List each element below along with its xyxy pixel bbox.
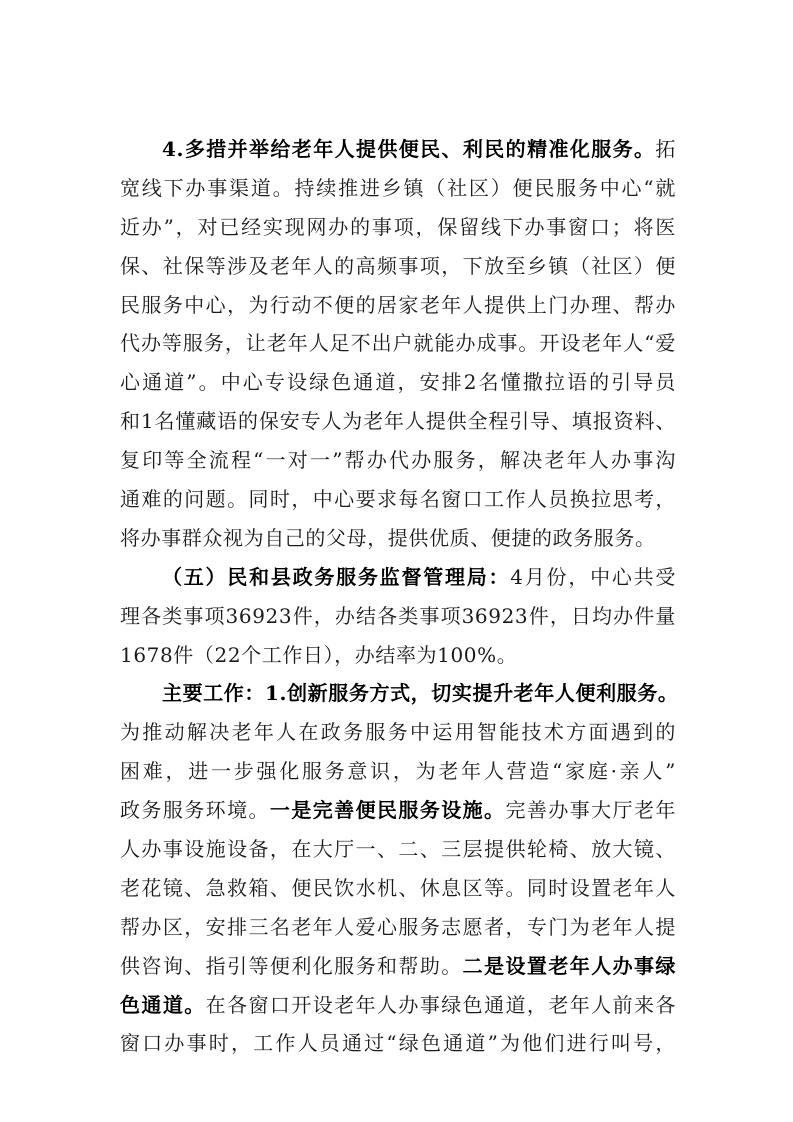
body-text-span: 在各窗口开设老年人办事绿色通道，老年人前来各 [206, 993, 676, 1017]
bold-heading-text: 色通道。 [120, 993, 206, 1017]
body-text-span: 理各类事项36923件，办结各类事项36923件，日均办件量 [120, 604, 676, 628]
text-line: 复印等全流程“一对一”帮办代办服务，解决老年人办事沟 [120, 441, 676, 480]
text-line: 窗口办事时，工作人员通过“绿色通道”为他们进行叫号， [120, 1024, 676, 1063]
text-line: 为推动解决老年人在政务服务中运用智能技术方面遇到的 [120, 713, 676, 752]
text-line: 宽线下办事渠道。持续推进乡镇（社区）便民服务中心“就 [120, 169, 676, 208]
bold-heading-text: 4.多措并举给老年人提供便民、利民的精准化服务。 [162, 137, 655, 161]
bold-heading-text: 一是完善便民服务设施。 [270, 798, 506, 822]
body-text-span: 保、社保等涉及老年人的高频事项，下放至乡镇（社区）便 [120, 254, 676, 278]
bold-heading-text: 二是设置老年人办事绿 [463, 954, 676, 978]
body-text-span: 供咨询、指引等便利化服务和帮助。 [120, 954, 463, 978]
body-text-span: 人办事设施设备，在大厅一、二、三层提供轮椅、放大镜、 [120, 837, 676, 861]
body-text-span: 窗口办事时，工作人员通过“绿色通道”为他们进行叫号， [120, 1031, 676, 1055]
text-line: 代办等服务，让老年人足不出户就能办成事。开设老年人“爱 [120, 324, 676, 363]
text-line: 帮办区，安排三名老年人爱心服务志愿者，专门为老年人提 [120, 908, 676, 947]
body-text-span: 通难的问题。同时，中心要求每名窗口工作人员换拉思考， [120, 487, 676, 511]
text-line: 老花镜、急救箱、便民饮水机、休息区等。同时设置老年人 [120, 869, 676, 908]
body-text-span: 民服务中心，为行动不便的居家老年人提供上门办理、帮办 [120, 293, 676, 317]
text-line: 通难的问题。同时，中心要求每名窗口工作人员换拉思考， [120, 480, 676, 519]
body-text-span: 4月份，中心共受 [510, 565, 676, 589]
bold-heading-text: 主要工作：1.创新服务方式，切实提升老年人便利服务。 [162, 681, 678, 705]
bold-heading-text: （五）民和县政务服务监督管理局： [162, 565, 510, 589]
text-line: 近办”，对已经实现网办的事项，保留线下办事窗口；将医 [120, 208, 676, 247]
text-line: 保、社保等涉及老年人的高频事项，下放至乡镇（社区）便 [120, 247, 676, 286]
text-line: 供咨询、指引等便利化服务和帮助。二是设置老年人办事绿 [120, 947, 676, 986]
body-text-span: 代办等服务，让老年人足不出户就能办成事。开设老年人“爱 [120, 331, 676, 355]
text-line: 政务服务环境。一是完善便民服务设施。完善办事大厅老年 [120, 791, 676, 830]
body-text-span: 复印等全流程“一对一”帮办代办服务，解决老年人办事沟 [120, 448, 676, 472]
body-text-span: 老花镜、急救箱、便民饮水机、休息区等。同时设置老年人 [120, 876, 676, 900]
text-line: 和1名懂藏语的保安专人为老年人提供全程引导、填报资料、 [120, 402, 676, 441]
body-text-span: 近办”，对已经实现网办的事项，保留线下办事窗口；将医 [120, 215, 676, 239]
body-text-span: 帮办区，安排三名老年人爱心服务志愿者，专门为老年人提 [120, 915, 676, 939]
text-line: 困难，进一步强化服务意识，为老年人营造“家庭·亲人” [120, 752, 676, 791]
body-text-span: 和1名懂藏语的保安专人为老年人提供全程引导、填报资料、 [120, 409, 676, 433]
document-page: 4.多措并举给老年人提供便民、利民的精准化服务。拓宽线下办事渠道。持续推进乡镇（… [0, 0, 793, 1122]
text-line: 1678件（22个工作日），办结率为100%。 [120, 636, 676, 675]
text-line: 民服务中心，为行动不便的居家老年人提供上门办理、帮办 [120, 286, 676, 325]
body-text-span: 宽线下办事渠道。持续推进乡镇（社区）便民服务中心“就 [120, 176, 676, 200]
body-text-span: 政务服务环境。 [120, 798, 270, 822]
body-text-span: 将办事群众视为自己的父母，提供优质、便捷的政务服务。 [120, 526, 656, 550]
text-line: 主要工作：1.创新服务方式，切实提升老年人便利服务。 [120, 674, 676, 713]
body-text-span: 拓 [655, 137, 676, 161]
body-text-span: 困难，进一步强化服务意识，为老年人营造“家庭·亲人” [120, 759, 676, 783]
text-line: 人办事设施设备，在大厅一、二、三层提供轮椅、放大镜、 [120, 830, 676, 869]
body-text-span: 心通道”。中心专设绿色通道，安排2名懂撒拉语的引导员 [120, 370, 676, 394]
body-text-span: 完善办事大厅老年 [505, 798, 676, 822]
text-line: 色通道。在各窗口开设老年人办事绿色通道，老年人前来各 [120, 986, 676, 1025]
body-text-span: 1678件（22个工作日），办结率为100%。 [120, 643, 517, 667]
text-line: 将办事群众视为自己的父母，提供优质、便捷的政务服务。 [120, 519, 676, 558]
body-text: 4.多措并举给老年人提供便民、利民的精准化服务。拓宽线下办事渠道。持续推进乡镇（… [120, 130, 676, 1063]
text-line: 4.多措并举给老年人提供便民、利民的精准化服务。拓 [120, 130, 676, 169]
text-line: 理各类事项36923件，办结各类事项36923件，日均办件量 [120, 597, 676, 636]
body-text-span: 为推动解决老年人在政务服务中运用智能技术方面遇到的 [120, 720, 676, 744]
text-line: （五）民和县政务服务监督管理局：4月份，中心共受 [120, 558, 676, 597]
text-line: 心通道”。中心专设绿色通道，安排2名懂撒拉语的引导员 [120, 363, 676, 402]
